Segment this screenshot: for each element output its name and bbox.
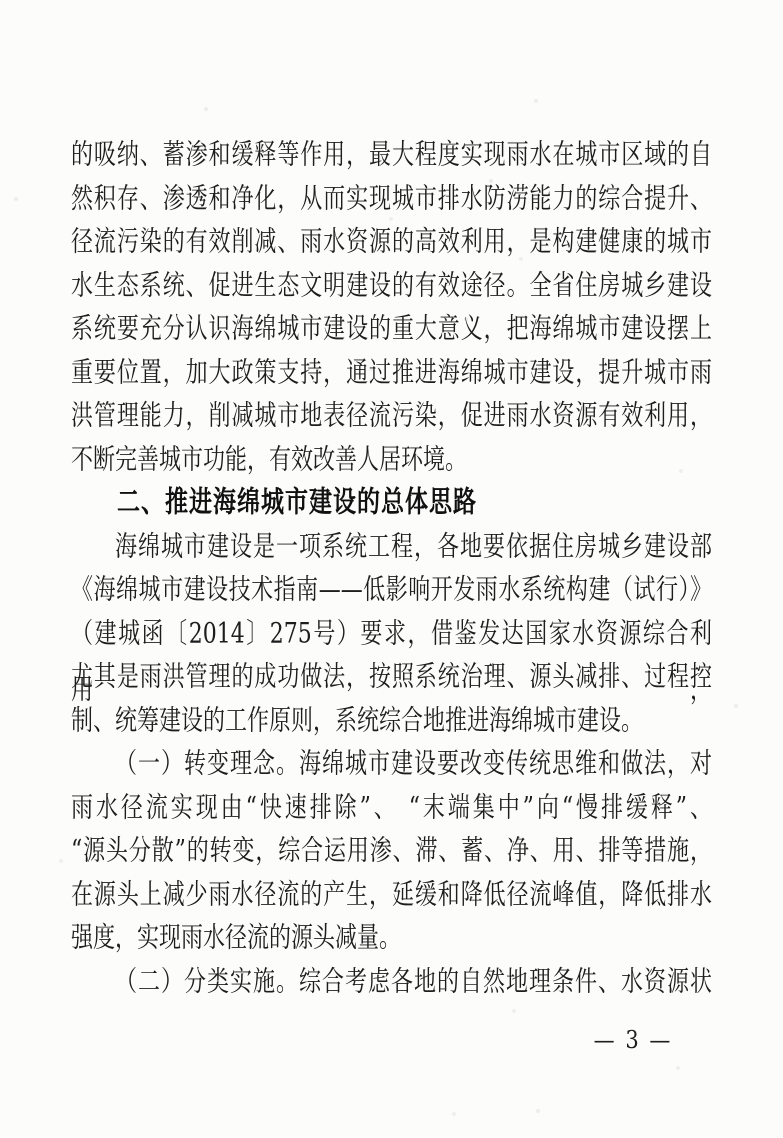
text-line: （二）分类实施。综合考虑各地的自然地理条件、水资源状 <box>71 955 712 1010</box>
scan-noise <box>0 0 2 2</box>
page-number: — 3 — <box>588 1025 678 1055</box>
page-body: 的吸纳、蓄渗和缓释等作用，最大程度实现雨水在城市区域的自 然积存、渗透和净化，从… <box>71 134 712 1004</box>
scanned-document-page: 的吸纳、蓄渗和缓释等作用，最大程度实现雨水在城市区域的自 然积存、渗透和净化，从… <box>0 0 783 1138</box>
